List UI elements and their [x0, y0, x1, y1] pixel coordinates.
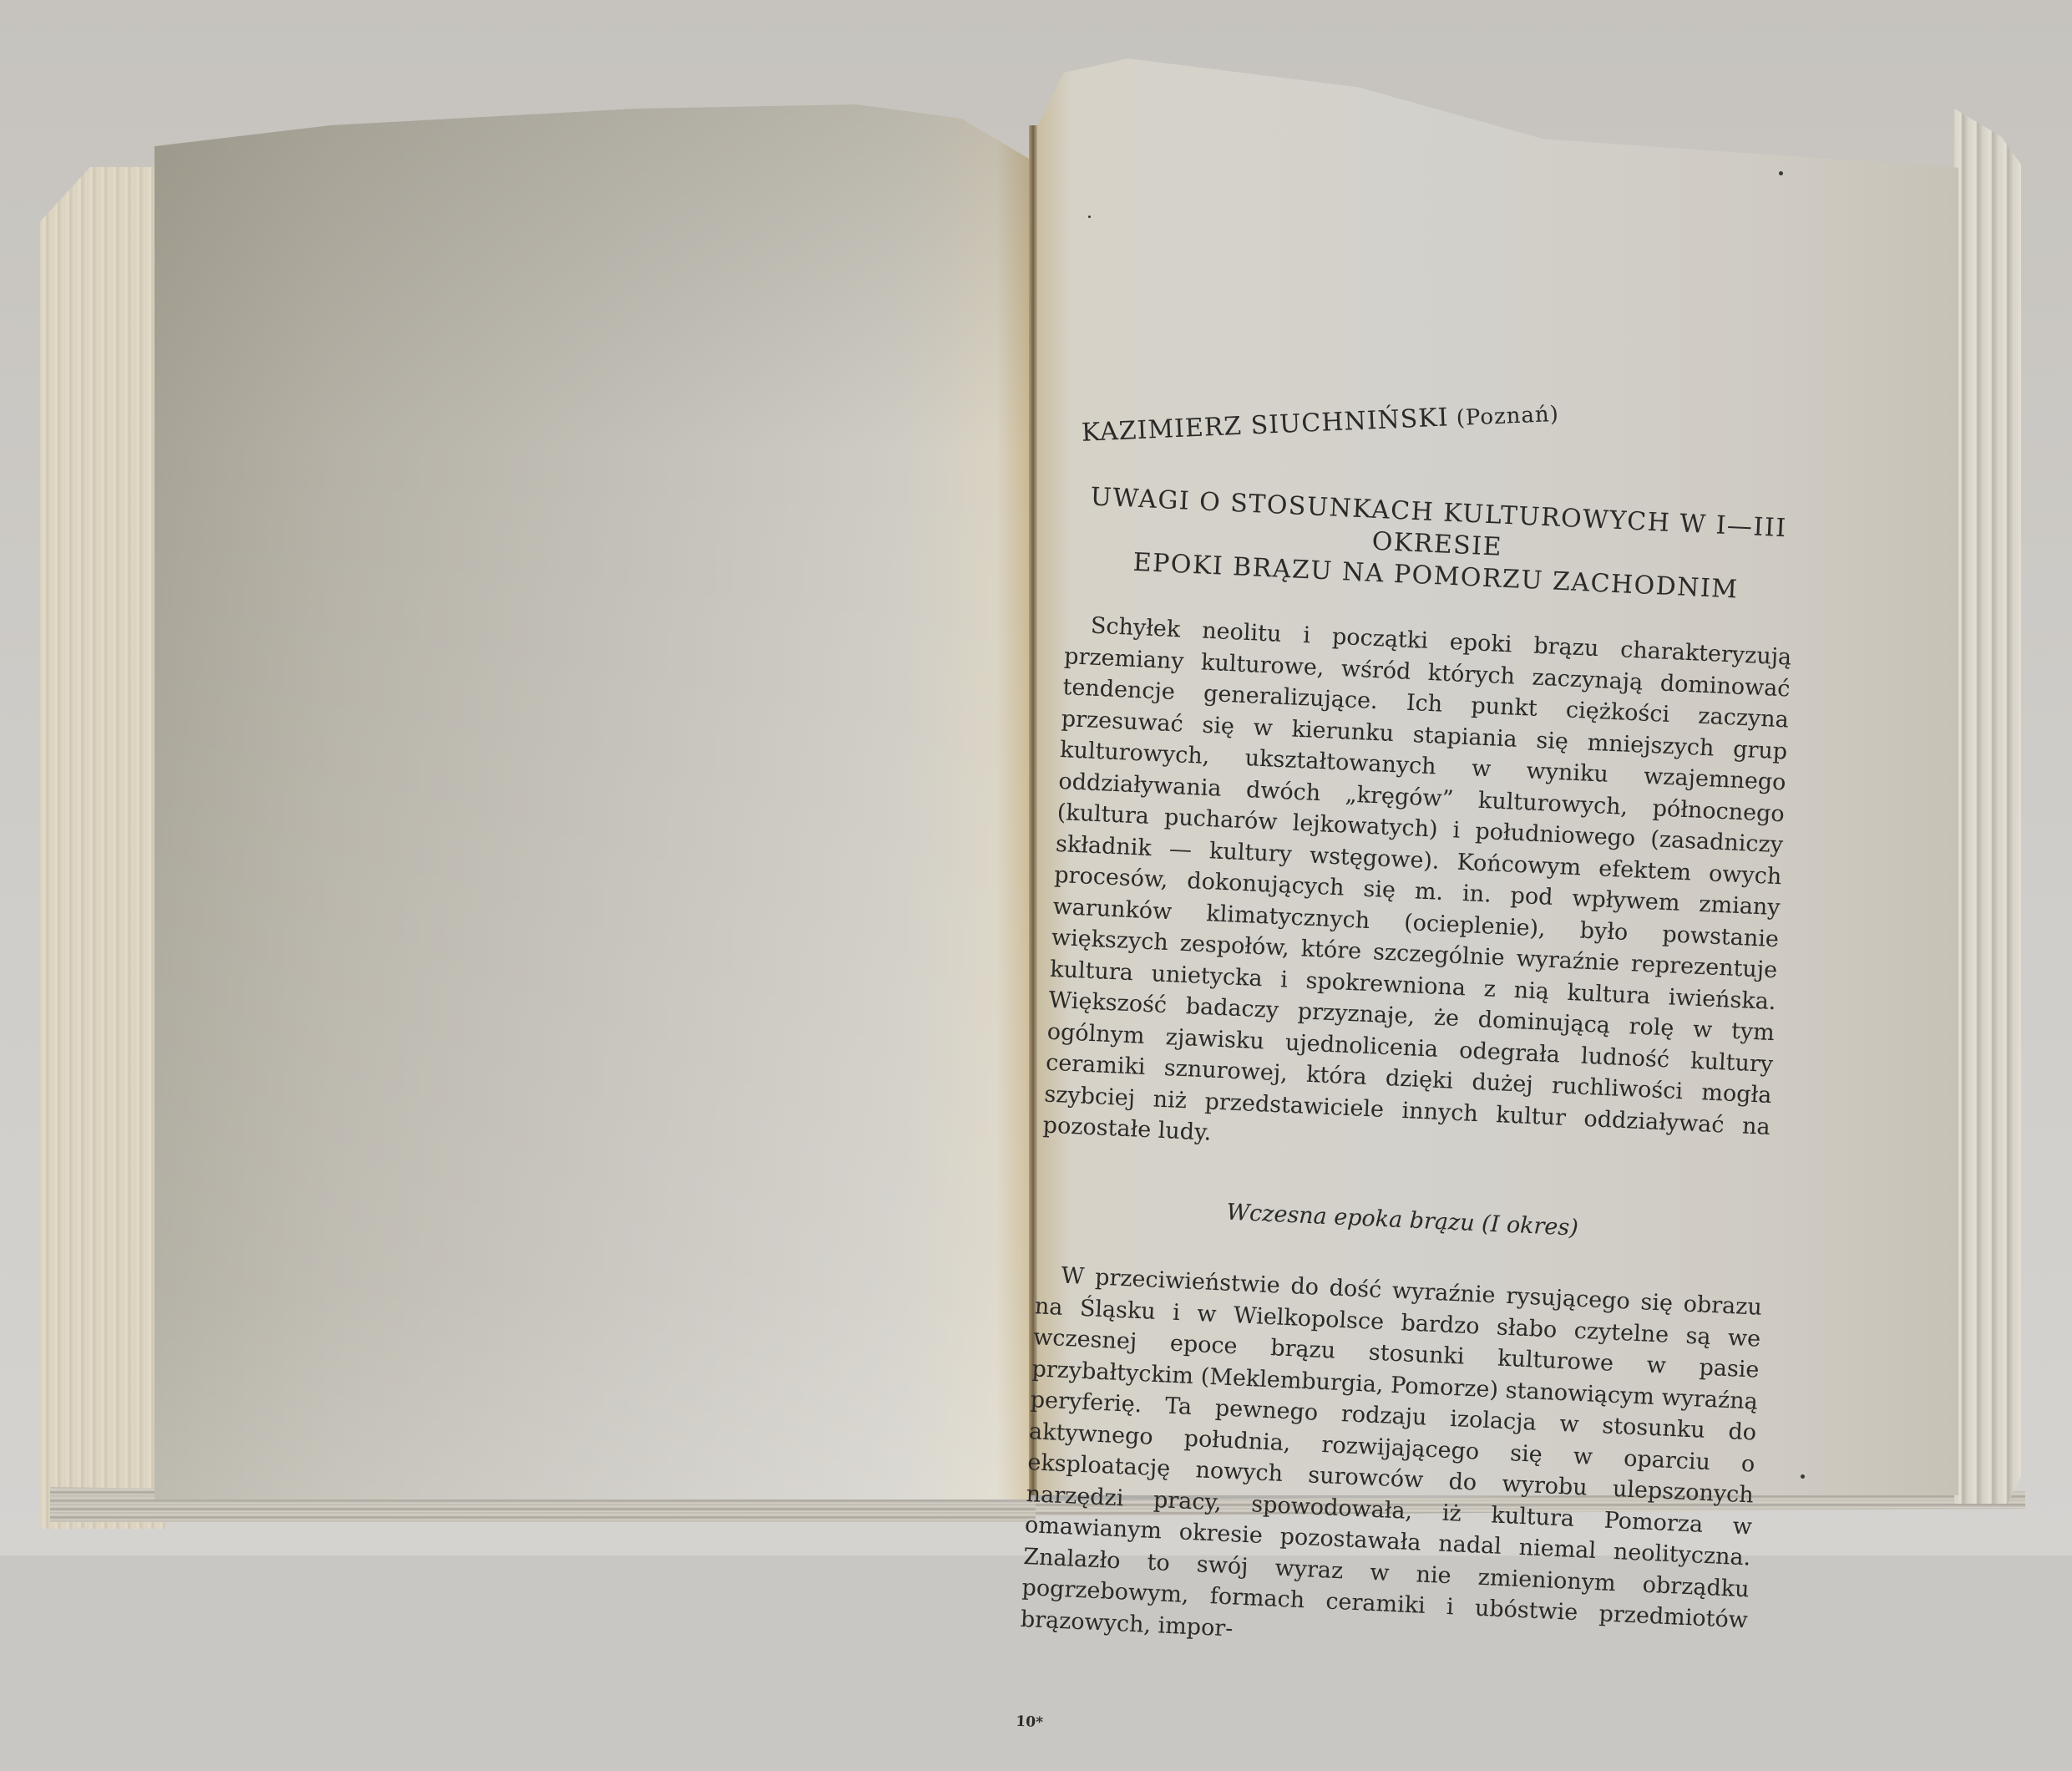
paper-speck — [1779, 171, 1783, 175]
paragraph-2: W przeciwieństwie do dość wyraźnie rysuj… — [1020, 1259, 1763, 1555]
right-page-edges — [1954, 109, 2021, 1504]
paper-speck — [1088, 216, 1091, 218]
article-body: Schyłek neolitu i początki epoki brązu c… — [1016, 609, 1792, 1555]
paragraph-1: Schyłek neolitu i początki epoki brązu c… — [1042, 609, 1792, 1174]
right-page-text: KAZIMIERZ SIUCHNIŃSKI (Poznań) UWAGI O S… — [1007, 368, 1804, 1555]
article-author: KAZIMIERZ SIUCHNIŃSKI (Poznań) — [1081, 388, 1800, 448]
author-affiliation: (Poznań) — [1456, 402, 1559, 431]
section-heading: Wczesna epoka brązu (I okres) — [1039, 1188, 1766, 1252]
paper-speck — [1389, 1013, 1391, 1018]
left-page-blank — [155, 104, 1031, 1500]
photo-scene: KAZIMIERZ SIUCHNIŃSKI (Poznań) UWAGI O S… — [0, 0, 2072, 1555]
article-title: UWAGI O STOSUNKACH KULTUROWYCH W I—III O… — [1077, 481, 1798, 609]
left-page-edges — [40, 167, 165, 1529]
paper-speck — [1801, 1474, 1805, 1479]
author-name: KAZIMIERZ SIUCHNIŃSKI — [1081, 403, 1449, 447]
